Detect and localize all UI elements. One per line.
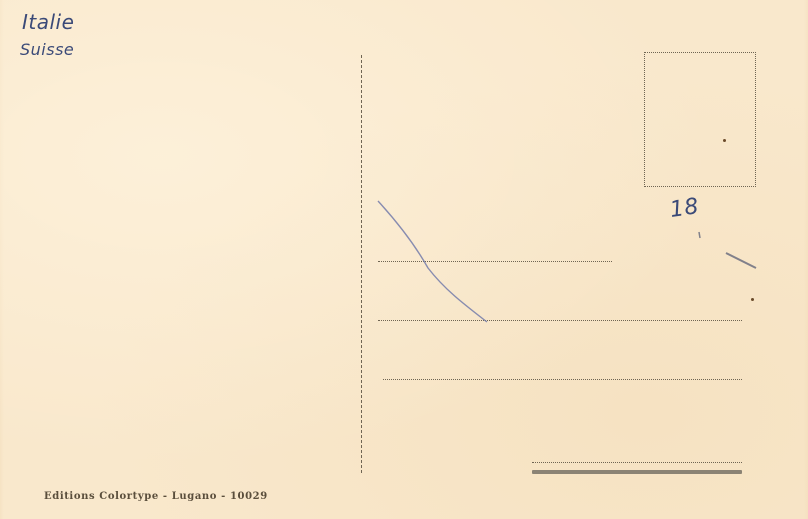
ink-speck bbox=[751, 298, 754, 301]
handwritten-country-italie: Italie bbox=[22, 10, 74, 34]
address-line-4 bbox=[532, 462, 742, 463]
handwritten-note: 18 bbox=[668, 194, 700, 223]
address-line-2 bbox=[378, 320, 742, 321]
address-line-1 bbox=[378, 261, 612, 262]
postcard-back: Italie Suisse 18 Editions Colortype - Lu… bbox=[0, 0, 808, 519]
center-divider-line bbox=[361, 55, 362, 473]
publisher-imprint: Editions Colortype - Lugano - 10029 bbox=[44, 491, 268, 502]
stamp-placeholder-box bbox=[644, 52, 756, 187]
ink-speck bbox=[723, 139, 726, 142]
address-line-3 bbox=[383, 379, 742, 380]
handwritten-country-suisse: Suisse bbox=[20, 40, 74, 59]
address-underline-bar bbox=[532, 470, 742, 474]
